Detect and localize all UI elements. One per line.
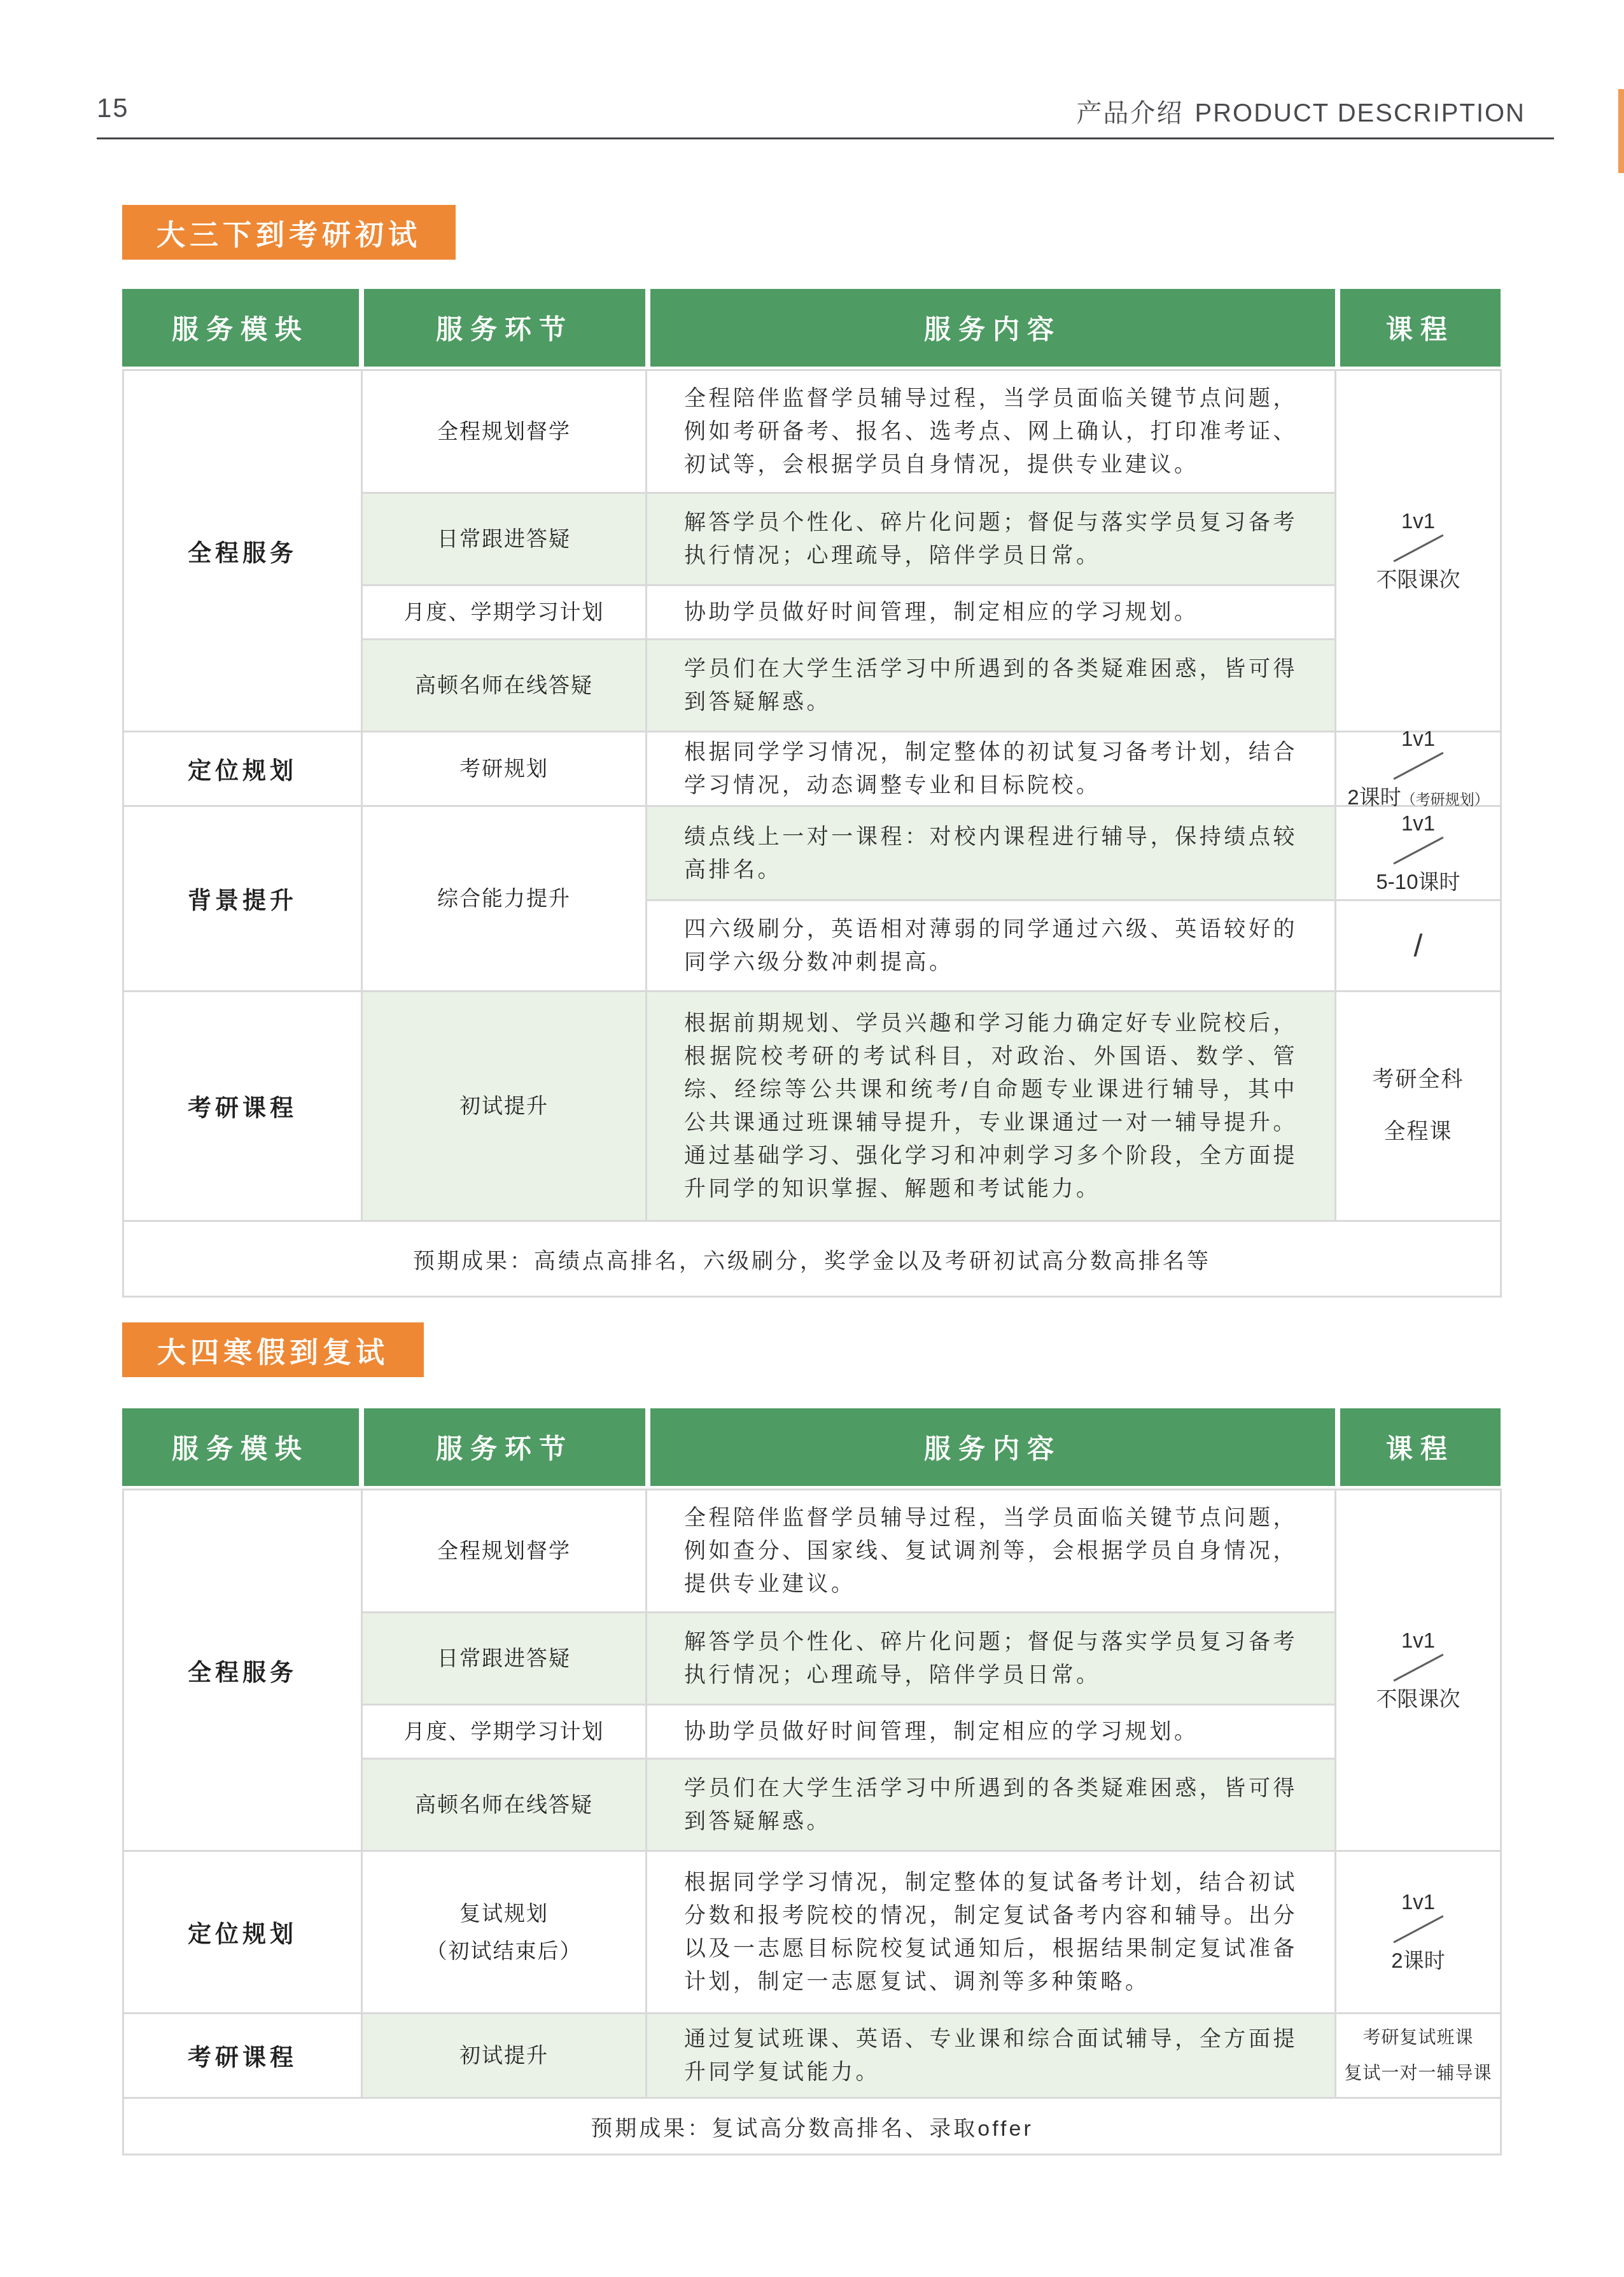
column-header: 课程 (1340, 1408, 1501, 1486)
course-bottom: 5-10课时 (1376, 865, 1460, 895)
step-cell: 全程规划督学 (363, 371, 645, 492)
module-cell: 全程服务 (124, 1490, 361, 1850)
content-cell: 根据前期规划、学员兴趣和学习能力确定好专业院校后，根据院校考研的考试科目，对政治… (647, 992, 1334, 1220)
step-cell: 日常跟进答疑 (363, 494, 645, 584)
expected-results-row: 预期成果：高绩点高排名，六级刷分，奖学金以及考研初试高分数高排名等 (124, 1222, 1500, 1296)
page: 15 产品介绍PRODUCT DESCRIPTION 大三下到考研初试 服务模块… (0, 0, 1624, 2277)
course-top: 1v1 (1401, 1629, 1435, 1653)
diagonal-divider-icon (1393, 534, 1443, 562)
module-cell: 全程服务 (124, 371, 361, 731)
table-2: 服务模块 服务环节 服务内容 课程 全程服务 全程规划督学 全程陪伴监督学员辅导… (122, 1408, 1502, 2155)
section-title-en: PRODUCT DESCRIPTION (1194, 99, 1525, 127)
page-edge-tab (1618, 89, 1624, 173)
course-note: （考研规划） (1401, 791, 1489, 808)
table-1-body: 全程服务 全程规划督学 全程陪伴监督学员辅导过程，当学员面临关键节点问题，例如考… (122, 369, 1502, 1298)
content-cell: 根据同学学习情况，制定整体的初试复习备考计划，结合学习情况，动态调整专业和目标院… (647, 732, 1334, 805)
module-cell: 定位规划 (124, 732, 361, 805)
module-cell: 背景提升 (124, 807, 361, 990)
content-cell: 解答学员个性化、碎片化问题；督促与落实学员复习备考执行情况；心理疏导，陪伴学员日… (647, 1613, 1334, 1704)
course-cell: 1v1 5-10课时 (1336, 807, 1500, 899)
module-cell: 考研课程 (124, 2014, 361, 2097)
course-cell: 1v1 2课时（考研规划） (1336, 732, 1500, 805)
section-badge-2: 大四寒假到复试 (122, 1322, 424, 1377)
course-top: 1v1 (1401, 727, 1435, 751)
column-header: 服务模块 (122, 289, 359, 367)
course-top: 1v1 (1401, 509, 1435, 533)
column-header: 服务模块 (122, 1408, 359, 1486)
diagonal-divider-icon (1393, 752, 1443, 780)
slash-mark: / (1414, 927, 1423, 964)
table-1-header-row: 服务模块 服务环节 服务内容 课程 (122, 289, 1502, 367)
course-cell: 考研复试班课 复试一对一辅导课 (1336, 2014, 1500, 2097)
course-lines: 考研全科 全程课 (1373, 1054, 1464, 1158)
diagonal-divider-icon (1393, 1916, 1443, 1944)
content-cell: 绩点线上一对一课程：对校内课程进行辅导，保持绩点较高排名。 (647, 807, 1334, 899)
step-cell: 高顿名师在线答疑 (363, 1760, 645, 1850)
content-cell: 学员们在大学生活学习中所遇到的各类疑难困惑，皆可得到答疑解惑。 (647, 640, 1334, 731)
course-top: 1v1 (1401, 811, 1435, 836)
step-cell: 综合能力提升 (363, 807, 645, 990)
step-cell: 月度、学期学习计划 (363, 586, 645, 638)
diagonal-divider-icon (1393, 1653, 1443, 1681)
course-bottom: 2课时（考研规划） (1347, 781, 1488, 811)
step-cell: 考研规划 (363, 732, 645, 805)
course-bottom: 不限课次 (1376, 1683, 1460, 1713)
course-cell: 1v1 不限课次 (1336, 371, 1500, 731)
content-cell: 全程陪伴监督学员辅导过程，当学员面临关键节点问题，例如查分、国家线、复试调剂等，… (647, 1490, 1334, 1611)
content-cell: 协助学员做好时间管理，制定相应的学习规划。 (647, 1706, 1334, 1758)
content-cell: 根据同学学习情况，制定整体的复试备考计划，结合初试分数和报考院校的情况，制定复试… (647, 1852, 1334, 2012)
section-badge-1: 大三下到考研初试 (122, 205, 456, 260)
diagonal-divider-icon (1393, 836, 1443, 864)
course-cell: / (1336, 901, 1500, 990)
column-header: 服务环节 (364, 289, 645, 367)
column-header: 服务内容 (650, 289, 1335, 367)
content-cell: 全程陪伴监督学员辅导过程，当学员面临关键节点问题，例如考研备考、报名、选考点、网… (647, 371, 1334, 492)
section-title: 产品介绍PRODUCT DESCRIPTION (1076, 93, 1525, 129)
content-cell: 解答学员个性化、碎片化问题；督促与落实学员复习备考执行情况；心理疏导，陪伴学员日… (647, 494, 1334, 584)
step-cell: 全程规划督学 (363, 1490, 645, 1611)
step-cell: 初试提升 (363, 992, 645, 1220)
step-cell: 日常跟进答疑 (363, 1613, 645, 1704)
module-cell: 定位规划 (124, 1852, 361, 2012)
step-cell: 月度、学期学习计划 (363, 1706, 645, 1758)
section-title-zh: 产品介绍 (1076, 99, 1183, 127)
module-cell: 考研课程 (124, 992, 361, 1220)
course-cell: 考研全科 全程课 (1336, 992, 1500, 1220)
expected-results-row: 预期成果：复试高分数高排名、录取offer (124, 2099, 1500, 2154)
course-lines: 考研复试班课 复试一对一辅导课 (1344, 2020, 1492, 2091)
step-cell: 复试规划 （初试结束后） (363, 1852, 645, 2012)
step-cell: 初试提升 (363, 2014, 645, 2097)
course-cell: 1v1 2课时 (1336, 1852, 1500, 2012)
table-1: 服务模块 服务环节 服务内容 课程 全程服务 全程规划督学 全程陪伴监督学员辅导… (122, 289, 1502, 1298)
content-cell: 四六级刷分，英语相对薄弱的同学通过六级、英语较好的同学六级分数冲刺提高。 (647, 901, 1334, 990)
page-number: 15 (97, 93, 129, 123)
table-2-body: 全程服务 全程规划督学 全程陪伴监督学员辅导过程，当学员面临关键节点问题，例如查… (122, 1489, 1502, 2155)
column-header: 课程 (1340, 289, 1501, 367)
content-cell: 学员们在大学生活学习中所遇到的各类疑难困惑，皆可得到答疑解惑。 (647, 1760, 1334, 1850)
step-subtitle: （初试结束后） (426, 1932, 582, 1970)
course-top: 1v1 (1401, 1890, 1435, 1914)
table-2-header-row: 服务模块 服务环节 服务内容 课程 (122, 1408, 1502, 1486)
course-bottom: 不限课次 (1376, 563, 1460, 593)
column-header: 服务环节 (364, 1408, 645, 1486)
content-cell: 通过复试班课、英语、专业课和综合面试辅导，全方面提升同学复试能力。 (647, 2014, 1334, 2097)
step-cell: 高顿名师在线答疑 (363, 640, 645, 731)
header-divider (97, 137, 1554, 139)
course-bottom: 2课时 (1391, 1944, 1445, 1974)
column-header: 服务内容 (650, 1408, 1335, 1486)
content-cell: 协助学员做好时间管理，制定相应的学习规划。 (647, 586, 1334, 638)
course-cell: 1v1 不限课次 (1336, 1490, 1500, 1850)
